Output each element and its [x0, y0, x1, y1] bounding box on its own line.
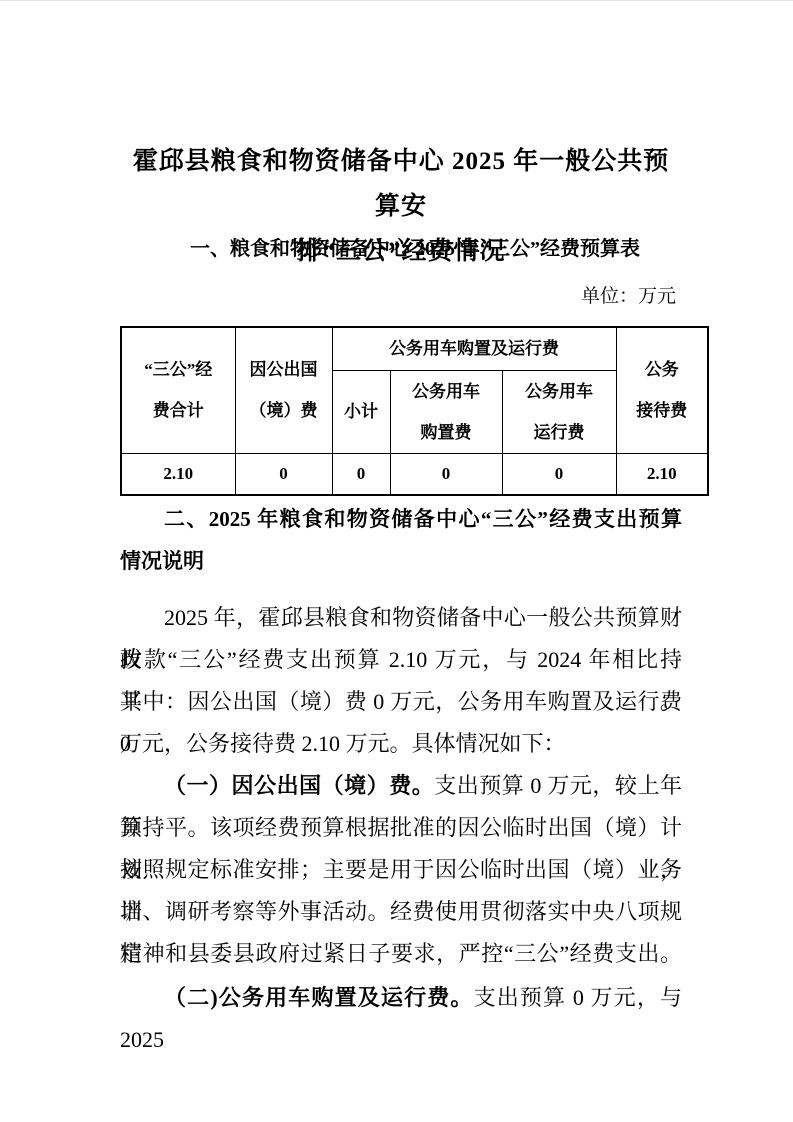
- para3-lead: （二)公务用车购置及运行费。: [164, 985, 474, 1010]
- section2-heading-line1: 二、2025 年粮食和物资储备中心“三公”经费支出预算: [120, 498, 682, 540]
- section2-body: 二、2025 年粮食和物资储备中心“三公”经费支出预算 情况说明 2025 年，…: [120, 498, 682, 1019]
- table-header-reception-fee-line2: 接待费: [617, 390, 708, 431]
- table-data-row: 2.10 0 0 0 0 2.10: [121, 453, 708, 495]
- table-header-reception-fee-line1: 公务: [617, 349, 708, 390]
- table-header-vehicle-purchase-line1: 公务用车: [391, 371, 502, 412]
- para1-line4: 万元，公务接待费 2.10 万元。具体情况如下：: [120, 723, 682, 765]
- table-header-sangong-total-line1: “三公”经: [122, 349, 235, 390]
- para1-line1: 2025 年，霍邱县粮食和物资储备中心一般公共预算财政: [120, 597, 682, 639]
- para2-line4: 训、调研考察等外事活动。经费使用贯彻落实中央八项规定: [120, 891, 682, 933]
- table-header-vehicle-purchase-line2: 购置费: [391, 412, 502, 453]
- table-header-reception-fee: 公务 接待费: [616, 327, 708, 453]
- unit-label: 单位：万元: [120, 283, 682, 311]
- table-value-vehicle-purchase: 0: [390, 453, 502, 495]
- section2-heading-line2: 情况说明: [120, 540, 682, 582]
- para2-lead: （一）因公出国（境）费。: [164, 773, 434, 798]
- table-header-vehicle-purchase: 公务用车 购置费: [390, 370, 502, 453]
- para1-line3: 其中：因公出国（境）费 0 万元，公务用车购置及运行费 0: [120, 681, 682, 723]
- title-line-1: 霍邱县粮食和物资储备中心 2025 年一般公共预算安: [120, 139, 682, 229]
- table-header-abroad-fee-line1: 因公出国: [236, 349, 332, 390]
- table-header-vehicle-operation-line2: 运行费: [503, 412, 616, 453]
- para2-line5: 精神和县委县政府过紧日子要求，严控“三公”经费支出。: [120, 933, 682, 975]
- table-header-sangong-total: “三公”经 费合计: [121, 327, 235, 453]
- table-header-sangong-total-line2: 费合计: [122, 390, 235, 431]
- para1-line2: 拨款“三公”经费支出预算 2.10 万元，与 2024 年相比持平。: [120, 639, 682, 681]
- para2-line3: 按照规定标准安排；主要是用于因公临时出国（境）业务培: [120, 849, 682, 891]
- table-value-vehicle-operation: 0: [502, 453, 616, 495]
- table-header-vehicle-operation: 公务用车 运行费: [502, 370, 616, 453]
- para3-line1: （二)公务用车购置及运行费。支出预算 0 万元，与 2025: [120, 977, 682, 1019]
- section1-heading: 一、粮食和物资储备中心 2025 年“三公”经费预算表: [120, 234, 682, 264]
- table-header-vehicle-operation-line1: 公务用车: [503, 371, 616, 412]
- table-header-abroad-fee-line2: （境）费: [236, 390, 332, 431]
- table-value-abroad-fee: 0: [235, 453, 332, 495]
- table-value-reception-fee: 2.10: [616, 453, 708, 495]
- budget-table: “三公”经 费合计 因公出国 （境）费 公务用车购置及运行费 公务 接待费 小计…: [120, 326, 709, 496]
- para2-line1: （一）因公出国（境）费。支出预算 0 万元，较上年预: [120, 765, 682, 807]
- table-header-subtotal: 小计: [332, 370, 390, 453]
- table-header-abroad-fee: 因公出国 （境）费: [235, 327, 332, 453]
- table-header-vehicle-group: 公务用车购置及运行费: [332, 327, 616, 370]
- table-value-sangong-total: 2.10: [121, 453, 235, 495]
- document-page: { "document": { "title": { "line1": "霍邱县…: [0, 0, 793, 1122]
- table-value-subtotal: 0: [332, 453, 390, 495]
- para2-line2: 算持平。该项经费预算根据批准的因公临时出国（境）计划，: [120, 807, 682, 849]
